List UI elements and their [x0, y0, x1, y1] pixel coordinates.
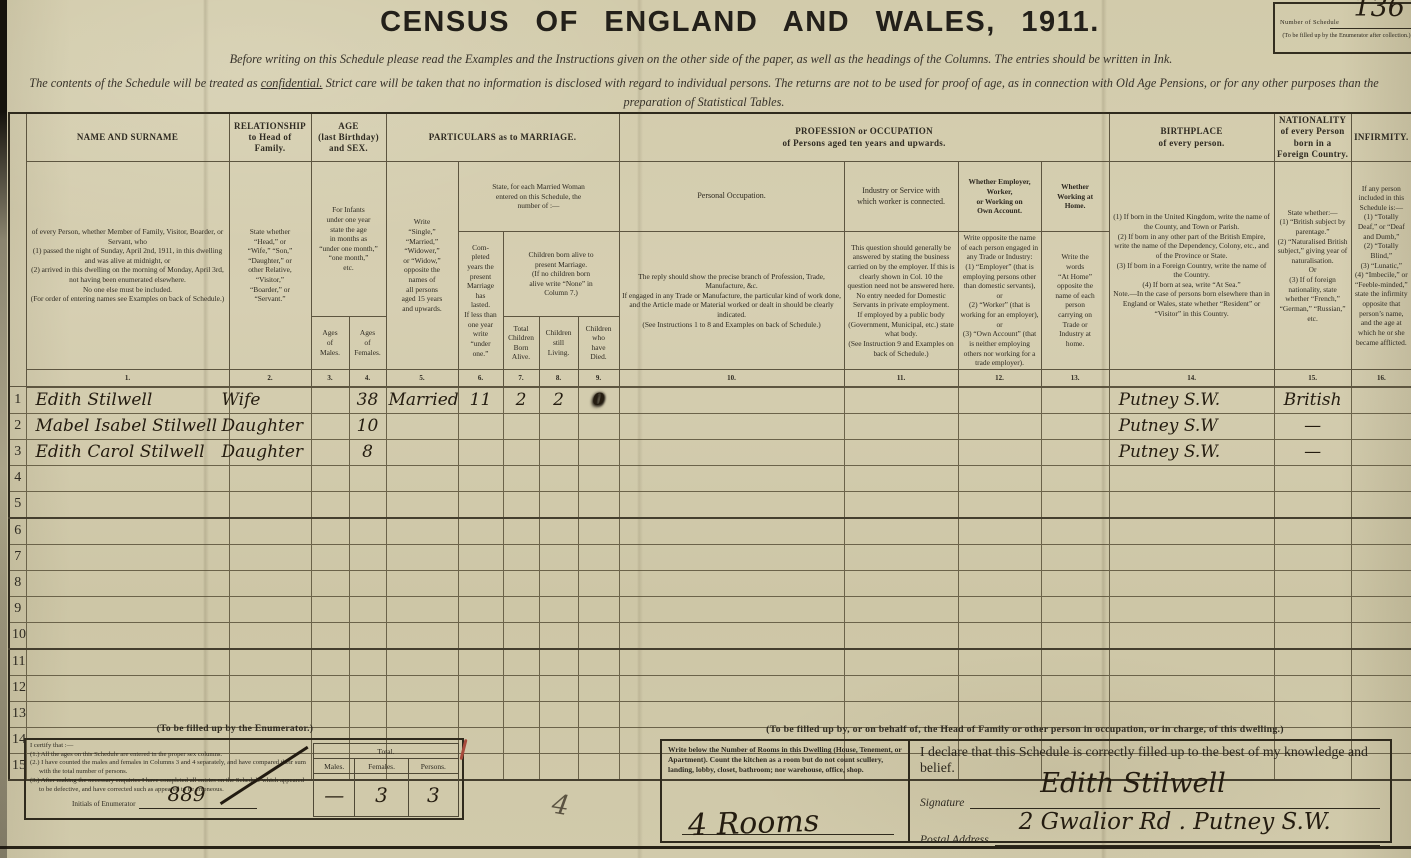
rooms-value: 4 Rooms [687, 804, 819, 844]
cell-birthplace: Putney S.W [1109, 413, 1274, 439]
bottom-rule [0, 846, 1411, 849]
cell-children-died [578, 491, 619, 518]
table-row: 5 [9, 491, 1411, 518]
cell-relationship [229, 596, 311, 622]
cell-working-at-home [1041, 570, 1109, 596]
cell-row-number: 6 [9, 518, 26, 545]
cell-children-born [503, 439, 539, 465]
cell-nationality [1274, 570, 1351, 596]
column-number: 3. [311, 369, 349, 387]
cell-row-number: 11 [9, 649, 26, 676]
column-number: 11. [844, 369, 958, 387]
column-number: 16. [1351, 369, 1411, 387]
industry-label: Industry or Service with which worker is… [844, 162, 958, 232]
cell-children-born [503, 622, 539, 649]
cell-birthplace [1109, 570, 1274, 596]
cell-name [26, 491, 229, 518]
cell-employer-status [958, 649, 1041, 676]
cell-name [26, 570, 229, 596]
age-infants-note: For Infants under one year state the age… [311, 162, 386, 317]
cell-children-living [539, 622, 578, 649]
cell-age-male [311, 622, 349, 649]
totals-males-value: — [314, 774, 355, 817]
cell-working-at-home [1041, 622, 1109, 649]
cell-age-female [349, 649, 386, 676]
cell-children-living: 2 [539, 387, 578, 414]
cell-nationality [1274, 622, 1351, 649]
cell-industry [844, 413, 958, 439]
cell-marriage-years [458, 675, 503, 701]
postal-address-label: Postal Address [920, 834, 989, 846]
cell-industry [844, 491, 958, 518]
cell-children-died [578, 675, 619, 701]
cell-name [26, 649, 229, 676]
col-header-marriage: PARTICULARS as to MARRIAGE. [386, 113, 619, 162]
infirmity-column-description: If any person included in this Schedule … [1351, 162, 1411, 370]
cell-marriage-years [458, 596, 503, 622]
cell-occupation [619, 622, 844, 649]
cell-working-at-home [1041, 518, 1109, 545]
marriage-status-description: Write “Single,” “Married,” “Widower,” or… [386, 162, 458, 370]
cell-marriage-status [386, 649, 458, 676]
cell-age-male [311, 596, 349, 622]
instruction-2-post: Strict care will be taken that no inform… [323, 76, 1379, 109]
table-row: 4 [9, 465, 1411, 491]
cell-marriage-years [458, 439, 503, 465]
enumerator-initials-line: Initials of Enumerator 889 [72, 796, 306, 809]
cell-infirmity [1351, 622, 1411, 649]
table-row: 1 Edith Stilwell Wife 38 Married 11 2 2 … [9, 387, 1411, 414]
column-number: 10. [619, 369, 844, 387]
census-table: NAME AND SURNAME RELATIONSHIP to Head of… [8, 112, 1411, 781]
instruction-2-pre: The contents of the Schedule will be tre… [29, 76, 260, 90]
column-number: 7. [503, 369, 539, 387]
cell-age-male [311, 491, 349, 518]
cell-age-female: 8 [349, 439, 386, 465]
working-at-home-description: Write the words “At Home” opposite the n… [1041, 232, 1109, 370]
signature-label: Signature [920, 797, 964, 809]
cell-employer-status [958, 622, 1041, 649]
cell-industry [844, 439, 958, 465]
cell-age-female [349, 544, 386, 570]
cell-birthplace: Putney S.W. [1109, 439, 1274, 465]
cell-children-died [578, 596, 619, 622]
cell-children-born [503, 570, 539, 596]
cell-marriage-years [458, 518, 503, 545]
cell-working-at-home [1041, 596, 1109, 622]
cell-nationality: — [1274, 439, 1351, 465]
cell-working-at-home [1041, 439, 1109, 465]
cell-birthplace [1109, 675, 1274, 701]
cell-nationality: British [1274, 387, 1351, 414]
cell-nationality [1274, 649, 1351, 676]
schedule-number-note: (To be filled up by the Enumerator after… [1278, 32, 1411, 40]
cell-relationship: Daughter [229, 413, 311, 439]
cell-row-number: 4 [9, 465, 26, 491]
initials-rule: 889 [139, 796, 257, 809]
cell-nationality: — [1274, 413, 1351, 439]
cell-marriage-status [386, 622, 458, 649]
enumerator-certification: I certify that :— (1.) All the ages on t… [26, 740, 310, 818]
cell-age-female: 38 [349, 387, 386, 414]
children-died-label: Children who have Died. [578, 316, 619, 369]
totals-males-header: Males. [314, 759, 355, 774]
cell-industry [844, 675, 958, 701]
cell-relationship: Wife [229, 387, 311, 414]
row-number-column-header [9, 113, 26, 387]
bottom-section: (To be filled up by the Enumerator.) I c… [0, 722, 1411, 858]
cell-marriage-status [386, 491, 458, 518]
cell-name: Edith Stilwell [26, 387, 229, 414]
cell-nationality [1274, 596, 1351, 622]
cell-marriage-status [386, 570, 458, 596]
table-row: 3 Edith Carol Stilwell Daughter 8 Putney… [9, 439, 1411, 465]
cell-children-died [578, 622, 619, 649]
cell-relationship: Daughter [229, 439, 311, 465]
cell-children-died [578, 518, 619, 545]
cell-age-male [311, 649, 349, 676]
cell-occupation [619, 649, 844, 676]
cell-marriage-status [386, 544, 458, 570]
cell-children-born [503, 675, 539, 701]
form-title: CENSUS OF ENGLAND AND WALES, 1911. [120, 6, 1360, 39]
cell-industry [844, 387, 958, 414]
certify-item: (1.) All the ages on this Schedule are e… [30, 751, 306, 760]
schedule-number-label: Number of Schedule [1280, 19, 1339, 26]
cell-name [26, 544, 229, 570]
col-header-birthplace: BIRTHPLACE of every person. [1109, 113, 1274, 162]
cell-name [26, 675, 229, 701]
cell-industry [844, 596, 958, 622]
cell-relationship [229, 649, 311, 676]
instruction-line-1: Before writing on this Schedule please r… [36, 52, 1366, 67]
cell-children-died [578, 649, 619, 676]
initials-label: Initials of Enumerator [72, 800, 135, 809]
cell-age-female [349, 570, 386, 596]
cell-children-living [539, 465, 578, 491]
nationality-column-description: State whether:— (1) “British subject by … [1274, 162, 1351, 370]
cell-children-died: 0 [578, 387, 619, 414]
totals-title: Total. [314, 744, 459, 759]
cell-occupation [619, 387, 844, 414]
cell-age-male [311, 544, 349, 570]
cell-nationality [1274, 675, 1351, 701]
enumerator-section: (To be filled up by the Enumerator.) I c… [0, 724, 640, 820]
cell-marriage-years [458, 649, 503, 676]
cell-nationality [1274, 518, 1351, 545]
cell-age-female [349, 465, 386, 491]
cell-age-female [349, 491, 386, 518]
householder-section: (To be filled up by, or on behalf of, th… [660, 724, 1411, 843]
industry-description: This question should generally be answer… [844, 232, 958, 370]
cell-nationality [1274, 465, 1351, 491]
cell-children-born [503, 544, 539, 570]
column-number: 1. [26, 369, 229, 387]
cell-infirmity [1351, 465, 1411, 491]
cell-age-male [311, 518, 349, 545]
cell-industry [844, 465, 958, 491]
cell-children-died [578, 465, 619, 491]
cell-infirmity [1351, 675, 1411, 701]
cell-infirmity [1351, 387, 1411, 414]
totals-females-header: Females. [355, 759, 408, 774]
table-row: 10 [9, 622, 1411, 649]
cell-children-living [539, 439, 578, 465]
cell-infirmity [1351, 649, 1411, 676]
cell-relationship [229, 544, 311, 570]
col-header-name: NAME AND SURNAME [26, 113, 229, 162]
cell-marriage-status [386, 596, 458, 622]
table-row: 9 [9, 596, 1411, 622]
cell-row-number: 10 [9, 622, 26, 649]
cell-age-male [311, 570, 349, 596]
cell-marriage-years [458, 544, 503, 570]
cell-children-living [539, 649, 578, 676]
cell-birthplace [1109, 544, 1274, 570]
table-row: 7 [9, 544, 1411, 570]
cell-employer-status [958, 544, 1041, 570]
certify-intro: I certify that :— [30, 742, 306, 751]
enumerator-box: I certify that :— (1.) All the ages on t… [24, 738, 464, 820]
cell-employer-status [958, 413, 1041, 439]
cell-infirmity [1351, 518, 1411, 545]
cell-age-female [349, 596, 386, 622]
householder-heading: (To be filled up by, or on behalf of, th… [660, 724, 1390, 735]
postal-address-row: Postal Address 2 Gwalior Rd . Putney S.W… [920, 831, 1380, 846]
cell-employer-status [958, 439, 1041, 465]
cell-working-at-home [1041, 649, 1109, 676]
cell-marriage-years [458, 570, 503, 596]
children-living-label: Children still Living. [539, 316, 578, 369]
cell-industry [844, 622, 958, 649]
cell-marriage-years [458, 413, 503, 439]
cell-children-died [578, 570, 619, 596]
cell-employer-status [958, 491, 1041, 518]
cell-infirmity [1351, 439, 1411, 465]
signature-row: Signature Edith Stilwell [920, 794, 1380, 809]
cell-marriage-status: Married [386, 387, 458, 414]
cell-name [26, 518, 229, 545]
cell-age-male [311, 675, 349, 701]
cell-age-female [349, 675, 386, 701]
cell-employer-status [958, 596, 1041, 622]
cell-relationship [229, 675, 311, 701]
schedule-number-rule [1330, 28, 1411, 29]
col-header-age: AGE (last Birthday) and SEX. [311, 113, 386, 162]
signature-value: Edith Stilwell [1040, 768, 1225, 799]
cell-marriage-years: 11 [458, 387, 503, 414]
cell-children-born [503, 413, 539, 439]
cell-working-at-home [1041, 491, 1109, 518]
cell-employer-status [958, 518, 1041, 545]
personal-occupation-description: The reply should show the precise branch… [619, 232, 844, 370]
column-number: 12. [958, 369, 1041, 387]
cell-children-born [503, 465, 539, 491]
cell-occupation [619, 570, 844, 596]
scan-edge-shadow [0, 0, 7, 858]
cell-relationship [229, 465, 311, 491]
cell-row-number: 5 [9, 491, 26, 518]
cell-name [26, 622, 229, 649]
cell-working-at-home [1041, 544, 1109, 570]
cell-employer-status [958, 387, 1041, 414]
column-number: 6. [458, 369, 503, 387]
relationship-column-description: State whether “Head,” or “Wife,” “Son,” … [229, 162, 311, 370]
rooms-instruction: Write below the Number of Rooms in this … [668, 745, 902, 775]
cell-working-at-home [1041, 465, 1109, 491]
cell-children-died [578, 413, 619, 439]
cell-marriage-years [458, 491, 503, 518]
cell-occupation [619, 544, 844, 570]
declaration-area: I declare that this Schedule is correctl… [910, 741, 1390, 841]
cell-nationality [1274, 491, 1351, 518]
cell-industry [844, 518, 958, 545]
enumerator-initials-value: 889 [167, 781, 205, 807]
col-header-nationality: NATIONALITY of every Person born in a Fo… [1274, 113, 1351, 162]
census-table-body: 1 Edith Stilwell Wife 38 Married 11 2 2 … [9, 387, 1411, 780]
cell-children-born [503, 596, 539, 622]
ages-of-females-label: Ages of Females. [349, 316, 386, 369]
table-row: 11 [9, 649, 1411, 676]
cell-children-born: 2 [503, 387, 539, 414]
table-row: 12 [9, 675, 1411, 701]
cell-children-living [539, 518, 578, 545]
cell-birthplace [1109, 491, 1274, 518]
cell-employer-status [958, 465, 1041, 491]
cell-row-number: 8 [9, 570, 26, 596]
schedule-number-box: Number of Schedule 136 (To be filled up … [1273, 2, 1411, 54]
cell-row-number: 7 [9, 544, 26, 570]
cell-age-female [349, 518, 386, 545]
cell-row-number: 9 [9, 596, 26, 622]
children-born-note: Children born alive to present Marriage.… [503, 232, 619, 317]
cell-row-number: 12 [9, 675, 26, 701]
married-woman-note: State, for each Married Woman entered on… [458, 162, 619, 232]
cell-working-at-home [1041, 387, 1109, 414]
totals-persons-value: 3 [408, 774, 458, 817]
householder-box: Write below the Number of Rooms in this … [660, 739, 1392, 843]
children-born-alive-label: Total Children Born Alive. [503, 316, 539, 369]
column-number: 14. [1109, 369, 1274, 387]
column-number: 4. [349, 369, 386, 387]
cell-employer-status [958, 675, 1041, 701]
working-at-home-label: Whether Working at Home. [1041, 162, 1109, 232]
cell-children-living [539, 491, 578, 518]
table-row: 6 [9, 518, 1411, 545]
col-header-occupation: PROFESSION or OCCUPATION of Persons aged… [619, 113, 1109, 162]
cell-marriage-status [386, 465, 458, 491]
instruction-line-2: The contents of the Schedule will be tre… [14, 74, 1394, 112]
table-row: 2 Mabel Isabel Stilwell Daughter 10 Putn… [9, 413, 1411, 439]
cell-infirmity [1351, 544, 1411, 570]
cell-nationality [1274, 544, 1351, 570]
column-number: 9. [578, 369, 619, 387]
cell-industry [844, 544, 958, 570]
cell-birthplace [1109, 649, 1274, 676]
schedule-number-value: 136 [1353, 0, 1405, 23]
col-header-infirmity: INFIRMITY. [1351, 113, 1411, 162]
cell-age-male [311, 439, 349, 465]
cell-age-male [311, 413, 349, 439]
signature-rule: Edith Stilwell [970, 794, 1380, 809]
column-number-row: 1. 2. 3. 4. 5. 6. 7. 8. 9. 10. 11. 12. 1… [9, 369, 1411, 387]
column-number: 8. [539, 369, 578, 387]
cell-marriage-years [458, 622, 503, 649]
postal-address-rule: 2 Gwalior Rd . Putney S.W. [995, 831, 1380, 846]
cell-children-born [503, 491, 539, 518]
column-number: 2. [229, 369, 311, 387]
cell-infirmity [1351, 596, 1411, 622]
totals-persons-header: Persons. [408, 759, 458, 774]
birthplace-column-description: (1) If born in the United Kingdom, write… [1109, 162, 1274, 370]
totals-females-value: 3 [355, 774, 408, 817]
census-schedule-scan: CENSUS OF ENGLAND AND WALES, 1911. Befor… [0, 0, 1411, 858]
cell-birthplace [1109, 596, 1274, 622]
postal-address-value: 2 Gwalior Rd . Putney S.W. [1019, 809, 1331, 835]
cell-industry [844, 649, 958, 676]
cell-children-living [539, 413, 578, 439]
cell-working-at-home [1041, 413, 1109, 439]
col-header-relationship: RELATIONSHIP to Head of Family. [229, 113, 311, 162]
enumerator-heading: (To be filled up by the Enumerator.) [0, 724, 470, 734]
cell-children-living [539, 596, 578, 622]
name-column-description: of every Person, whether Member of Famil… [26, 162, 229, 370]
cell-children-living [539, 544, 578, 570]
cell-name: Edith Carol Stilwell [26, 439, 229, 465]
cell-occupation [619, 596, 844, 622]
cell-employer-status [958, 570, 1041, 596]
cell-occupation [619, 675, 844, 701]
cell-children-born [503, 649, 539, 676]
cell-relationship [229, 518, 311, 545]
cell-marriage-status [386, 675, 458, 701]
cell-marriage-status [386, 439, 458, 465]
marriage-years-description: Com- pleted years the present Marriage h… [458, 232, 503, 370]
cell-birthplace: Putney S.W. [1109, 387, 1274, 414]
cell-relationship [229, 570, 311, 596]
cell-children-died [578, 439, 619, 465]
cell-row-number: 3 [9, 439, 26, 465]
cell-row-number: 1 [9, 387, 26, 414]
cell-row-number: 2 [9, 413, 26, 439]
cell-occupation [619, 518, 844, 545]
cell-working-at-home [1041, 675, 1109, 701]
table-row: 8 [9, 570, 1411, 596]
column-number: 13. [1041, 369, 1109, 387]
cell-name [26, 596, 229, 622]
totals-table: Total. Males. Females. Persons. — 3 3 [313, 743, 459, 817]
cell-age-male [311, 465, 349, 491]
cell-birthplace [1109, 518, 1274, 545]
column-number: 15. [1274, 369, 1351, 387]
cell-infirmity [1351, 413, 1411, 439]
employer-label: Whether Employer, Worker, or Working on … [958, 162, 1041, 232]
cell-birthplace [1109, 465, 1274, 491]
cell-age-female [349, 622, 386, 649]
cell-infirmity [1351, 570, 1411, 596]
rooms-box: Write below the Number of Rooms in this … [662, 741, 910, 841]
cell-relationship [229, 491, 311, 518]
cell-marriage-status [386, 518, 458, 545]
employer-description: Write opposite the name of each person e… [958, 232, 1041, 370]
cell-children-died [578, 544, 619, 570]
cell-occupation [619, 465, 844, 491]
cell-occupation [619, 413, 844, 439]
cell-children-born [503, 518, 539, 545]
cell-age-male [311, 387, 349, 414]
cell-birthplace [1109, 622, 1274, 649]
cell-children-living [539, 570, 578, 596]
